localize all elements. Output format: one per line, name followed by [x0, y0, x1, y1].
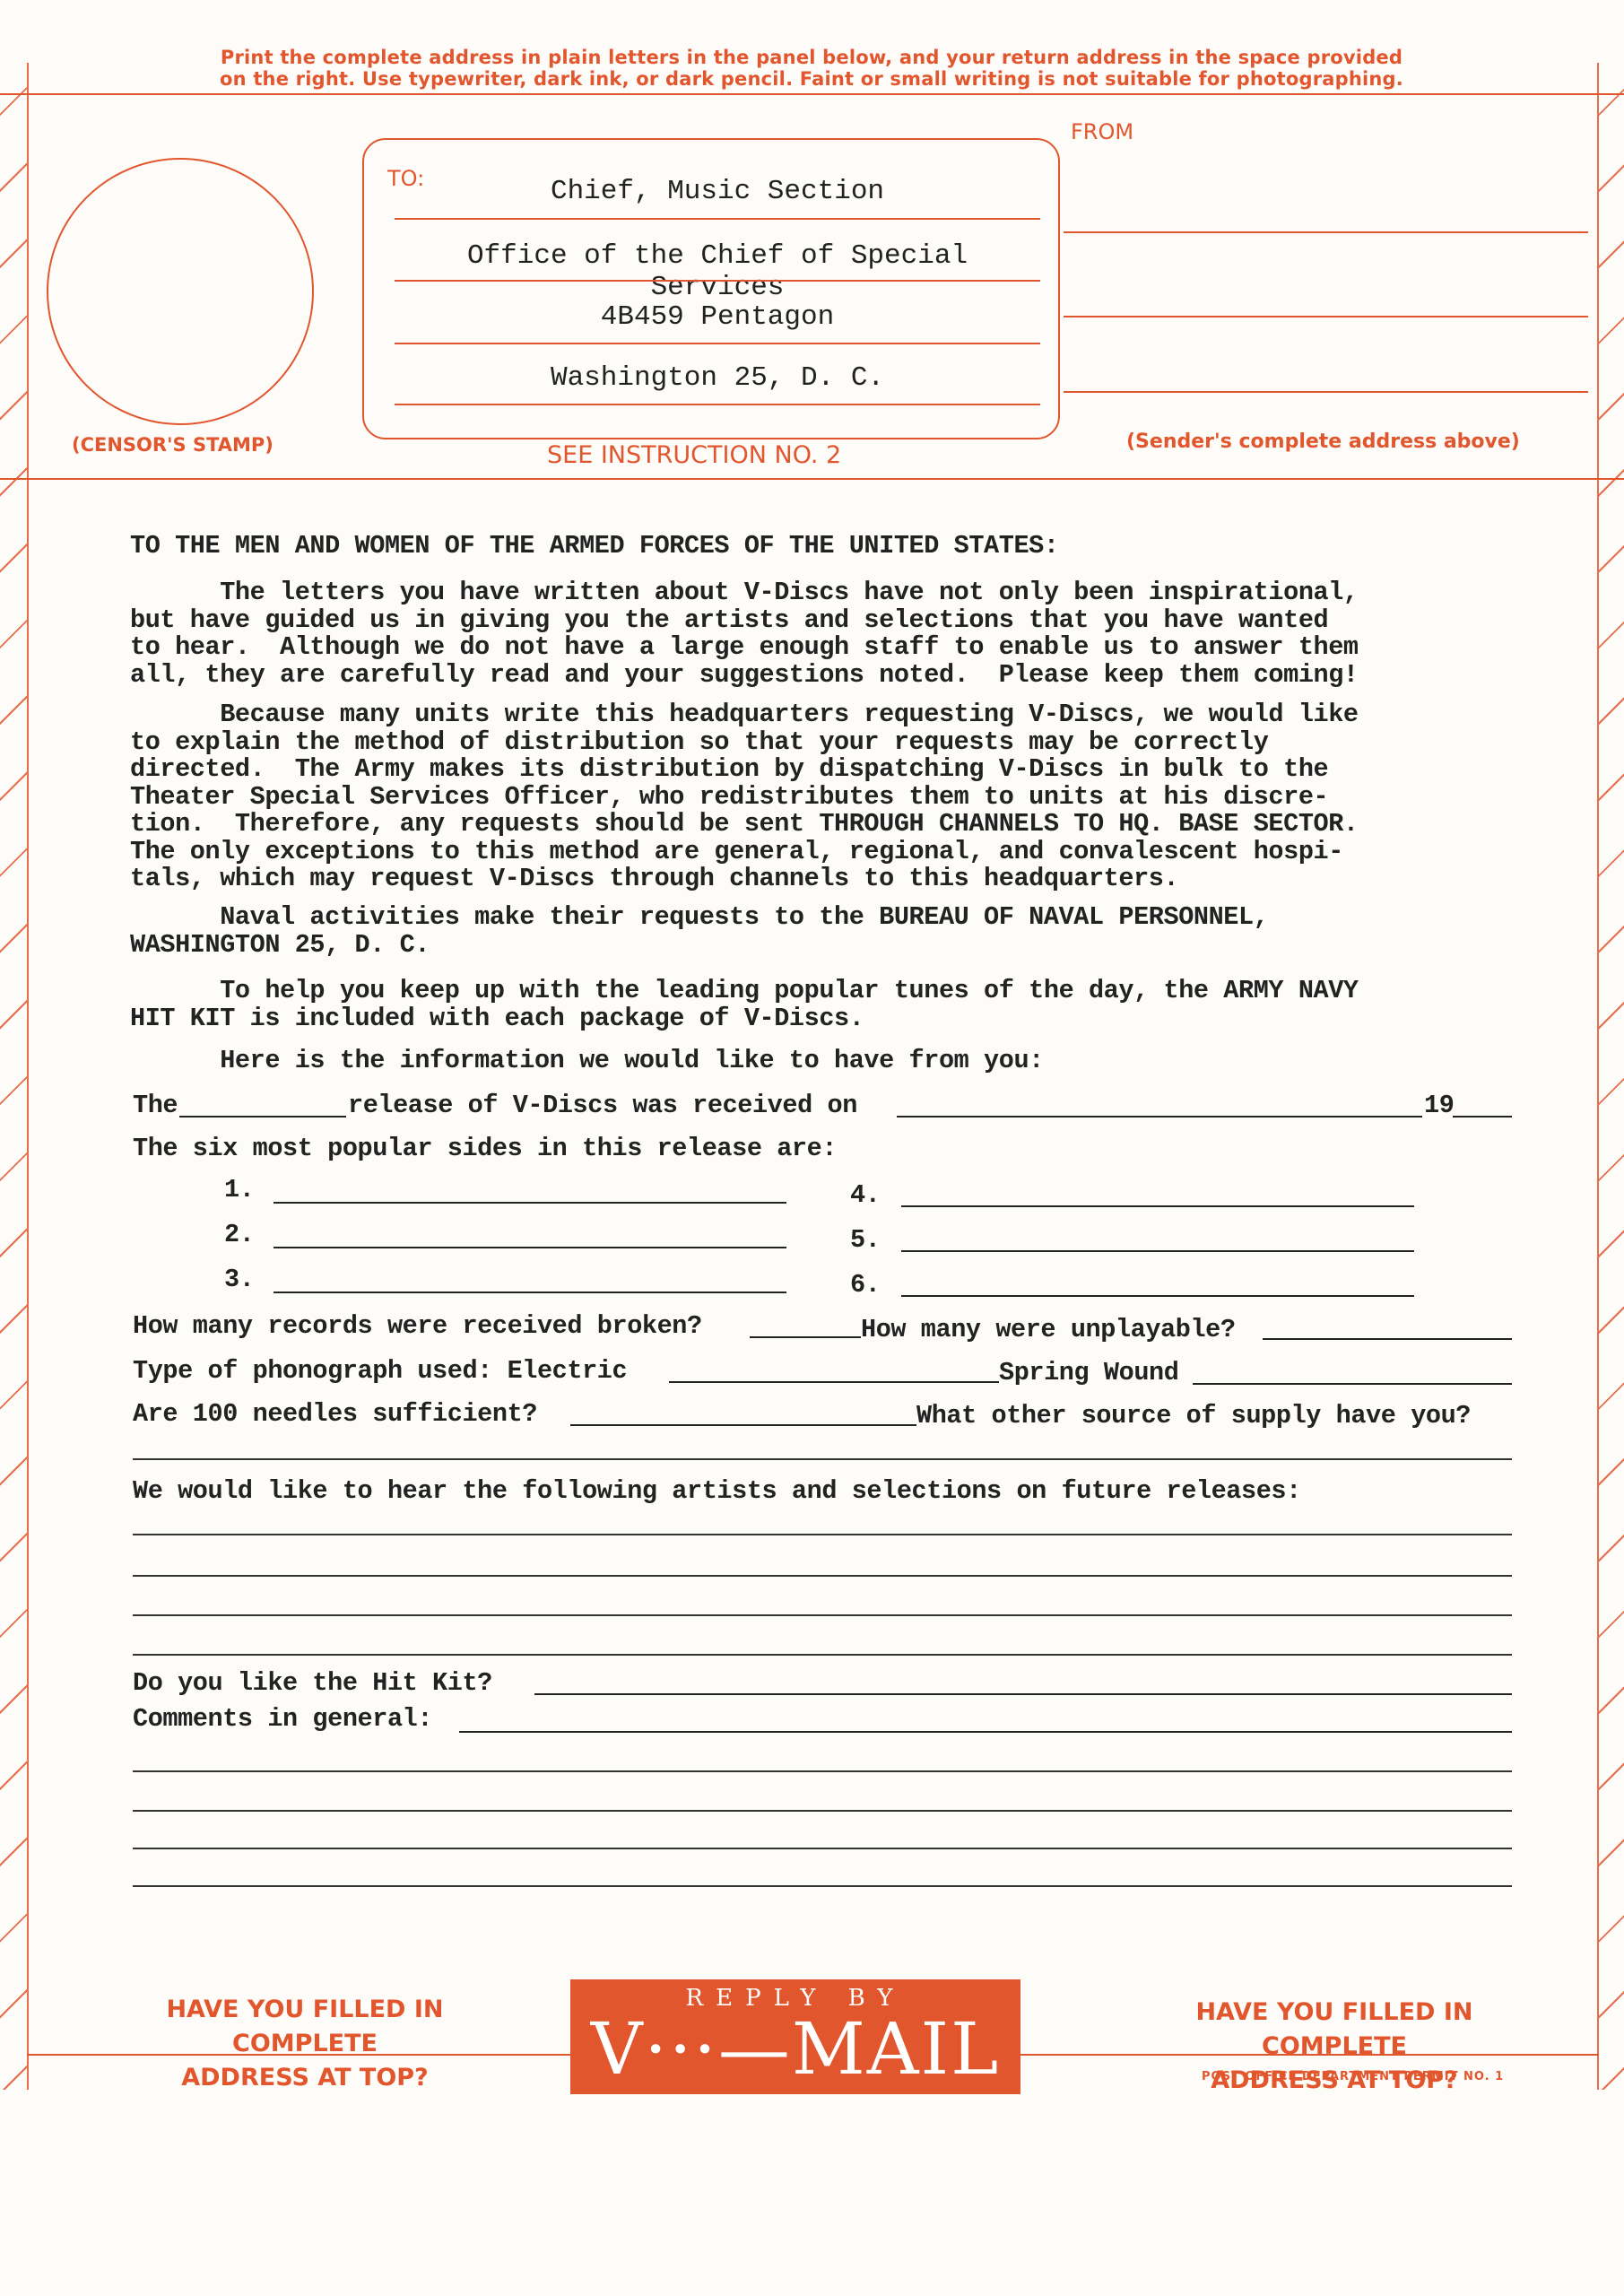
- popular-side-num-3: 3.: [224, 1265, 254, 1294]
- comments-label: Comments in general:: [133, 1704, 432, 1734]
- artists-request-line-3[interactable]: [133, 1614, 1512, 1616]
- footer-left-notice: HAVE YOU FILLED IN COMPLETE ADDRESS AT T…: [90, 1993, 520, 2095]
- to-address-rule-3: [395, 343, 1040, 344]
- top-border-rule: [0, 93, 1624, 95]
- received-date-field[interactable]: [897, 1116, 1422, 1118]
- from-address-line-1[interactable]: [1064, 231, 1588, 233]
- comments-line-3[interactable]: [133, 1810, 1512, 1812]
- letter-salutation: TO THE MEN AND WOMEN OF THE ARMED FORCES…: [130, 533, 1493, 561]
- letter-paragraph-4: To help you keep up with the leading pop…: [130, 978, 1493, 1032]
- broken-records-label: How many records were received broken?: [133, 1311, 702, 1341]
- instructions-line-2: on the right. Use typewriter, dark ink, …: [135, 68, 1489, 90]
- instructions-line-1: Print the complete address in plain lett…: [135, 47, 1489, 68]
- artists-request-label: We would like to hear the following arti…: [133, 1476, 1301, 1506]
- phonograph-electric-label: Type of phonograph used: Electric: [133, 1356, 627, 1386]
- to-address-rule-4: [395, 404, 1040, 405]
- header-instructions: Print the complete address in plain lett…: [135, 47, 1489, 90]
- to-address-line-3[interactable]: 4B459 Pentagon: [395, 301, 1040, 333]
- needles-field[interactable]: [570, 1424, 916, 1426]
- other-supply-field[interactable]: [133, 1458, 1512, 1460]
- hit-kit-field[interactable]: [534, 1693, 1512, 1695]
- popular-sides-label: The six most popular sides in this relea…: [133, 1134, 837, 1163]
- popular-side-field-6[interactable]: [901, 1295, 1414, 1297]
- unplayable-field[interactable]: [1263, 1338, 1512, 1340]
- left-hatched-border: [0, 63, 29, 2090]
- footer-left-notice-line-1: HAVE YOU FILLED IN COMPLETE: [90, 1993, 520, 2061]
- popular-side-field-1[interactable]: [274, 1202, 786, 1204]
- comments-line-1[interactable]: [459, 1731, 1512, 1733]
- needles-label: Are 100 needles sufficient?: [133, 1399, 537, 1429]
- popular-side-field-4[interactable]: [901, 1205, 1414, 1207]
- phonograph-electric-field[interactable]: [669, 1381, 999, 1383]
- release-the-label: The: [133, 1091, 178, 1120]
- hit-kit-label: Do you like the Hit Kit?: [133, 1668, 492, 1698]
- address-panel-bottom-rule: [0, 478, 1624, 480]
- letter-paragraph-3: Naval activities make their requests to …: [130, 904, 1493, 959]
- comments-line-2[interactable]: [133, 1770, 1512, 1772]
- broken-records-field[interactable]: [750, 1336, 861, 1338]
- popular-side-num-5: 5.: [850, 1225, 880, 1255]
- see-instruction-label: SEE INSTRUCTION NO. 2: [547, 441, 841, 469]
- post-office-permit: POST OFFICE DEPARTMENT PERMIT NO. 1: [1202, 2070, 1504, 2083]
- artists-request-line-2[interactable]: [133, 1575, 1512, 1577]
- release-number-field[interactable]: [179, 1116, 346, 1118]
- letter-paragraph-1: The letters you have written about V-Dis…: [130, 579, 1493, 689]
- to-address-rule-2: [395, 280, 1040, 282]
- to-address-rule-1: [395, 218, 1040, 220]
- comments-line-4[interactable]: [133, 1848, 1512, 1849]
- unplayable-label: How many were unplayable?: [861, 1315, 1236, 1344]
- spring-wound-label: Spring Wound: [999, 1358, 1178, 1387]
- popular-side-num-2: 2.: [224, 1220, 254, 1249]
- popular-side-num-6: 6.: [850, 1270, 880, 1300]
- received-year-field[interactable]: [1453, 1116, 1512, 1118]
- artists-request-line-1[interactable]: [133, 1534, 1512, 1535]
- from-label: FROM: [1071, 119, 1133, 144]
- to-address-line-2[interactable]: Office of the Chief of Special Services: [395, 240, 1040, 303]
- popular-side-field-5[interactable]: [901, 1250, 1414, 1252]
- popular-side-field-2[interactable]: [274, 1247, 786, 1248]
- release-received-label: release of V-Discs was received on: [348, 1091, 857, 1120]
- right-hatched-border: [1597, 63, 1624, 2090]
- to-address-line-4[interactable]: Washington 25, D. C.: [395, 362, 1040, 394]
- from-address-line-2[interactable]: [1064, 316, 1588, 317]
- popular-side-field-3[interactable]: [274, 1291, 786, 1293]
- release-year-prefix: 19: [1424, 1091, 1454, 1120]
- from-address-line-3[interactable]: [1064, 391, 1588, 393]
- censor-stamp-label: (CENSOR'S STAMP): [72, 434, 274, 456]
- popular-side-num-4: 4.: [850, 1180, 880, 1210]
- vmail-logo: V···—MAIL: [570, 2012, 1020, 2087]
- censor-stamp-circle: [47, 158, 314, 425]
- sender-address-label: (Sender's complete address above): [1126, 430, 1520, 453]
- footer-right-notice-line-1: HAVE YOU FILLED IN COMPLETE: [1119, 1996, 1550, 2064]
- other-supply-label: What other source of supply have you?: [916, 1401, 1471, 1431]
- artists-request-line-4[interactable]: [133, 1654, 1512, 1656]
- spring-wound-field[interactable]: [1193, 1383, 1512, 1385]
- reply-by-vmail-banner: REPLY BY V···—MAIL: [570, 1979, 1020, 2094]
- letter-paragraph-2: Because many units write this headquarte…: [130, 701, 1493, 893]
- to-address-line-1[interactable]: Chief, Music Section: [395, 176, 1040, 207]
- comments-line-5[interactable]: [133, 1885, 1512, 1887]
- footer-left-notice-line-2: ADDRESS AT TOP?: [90, 2061, 520, 2095]
- letter-paragraph-5: Here is the information we would like to…: [130, 1048, 1493, 1075]
- popular-side-num-1: 1.: [224, 1175, 254, 1205]
